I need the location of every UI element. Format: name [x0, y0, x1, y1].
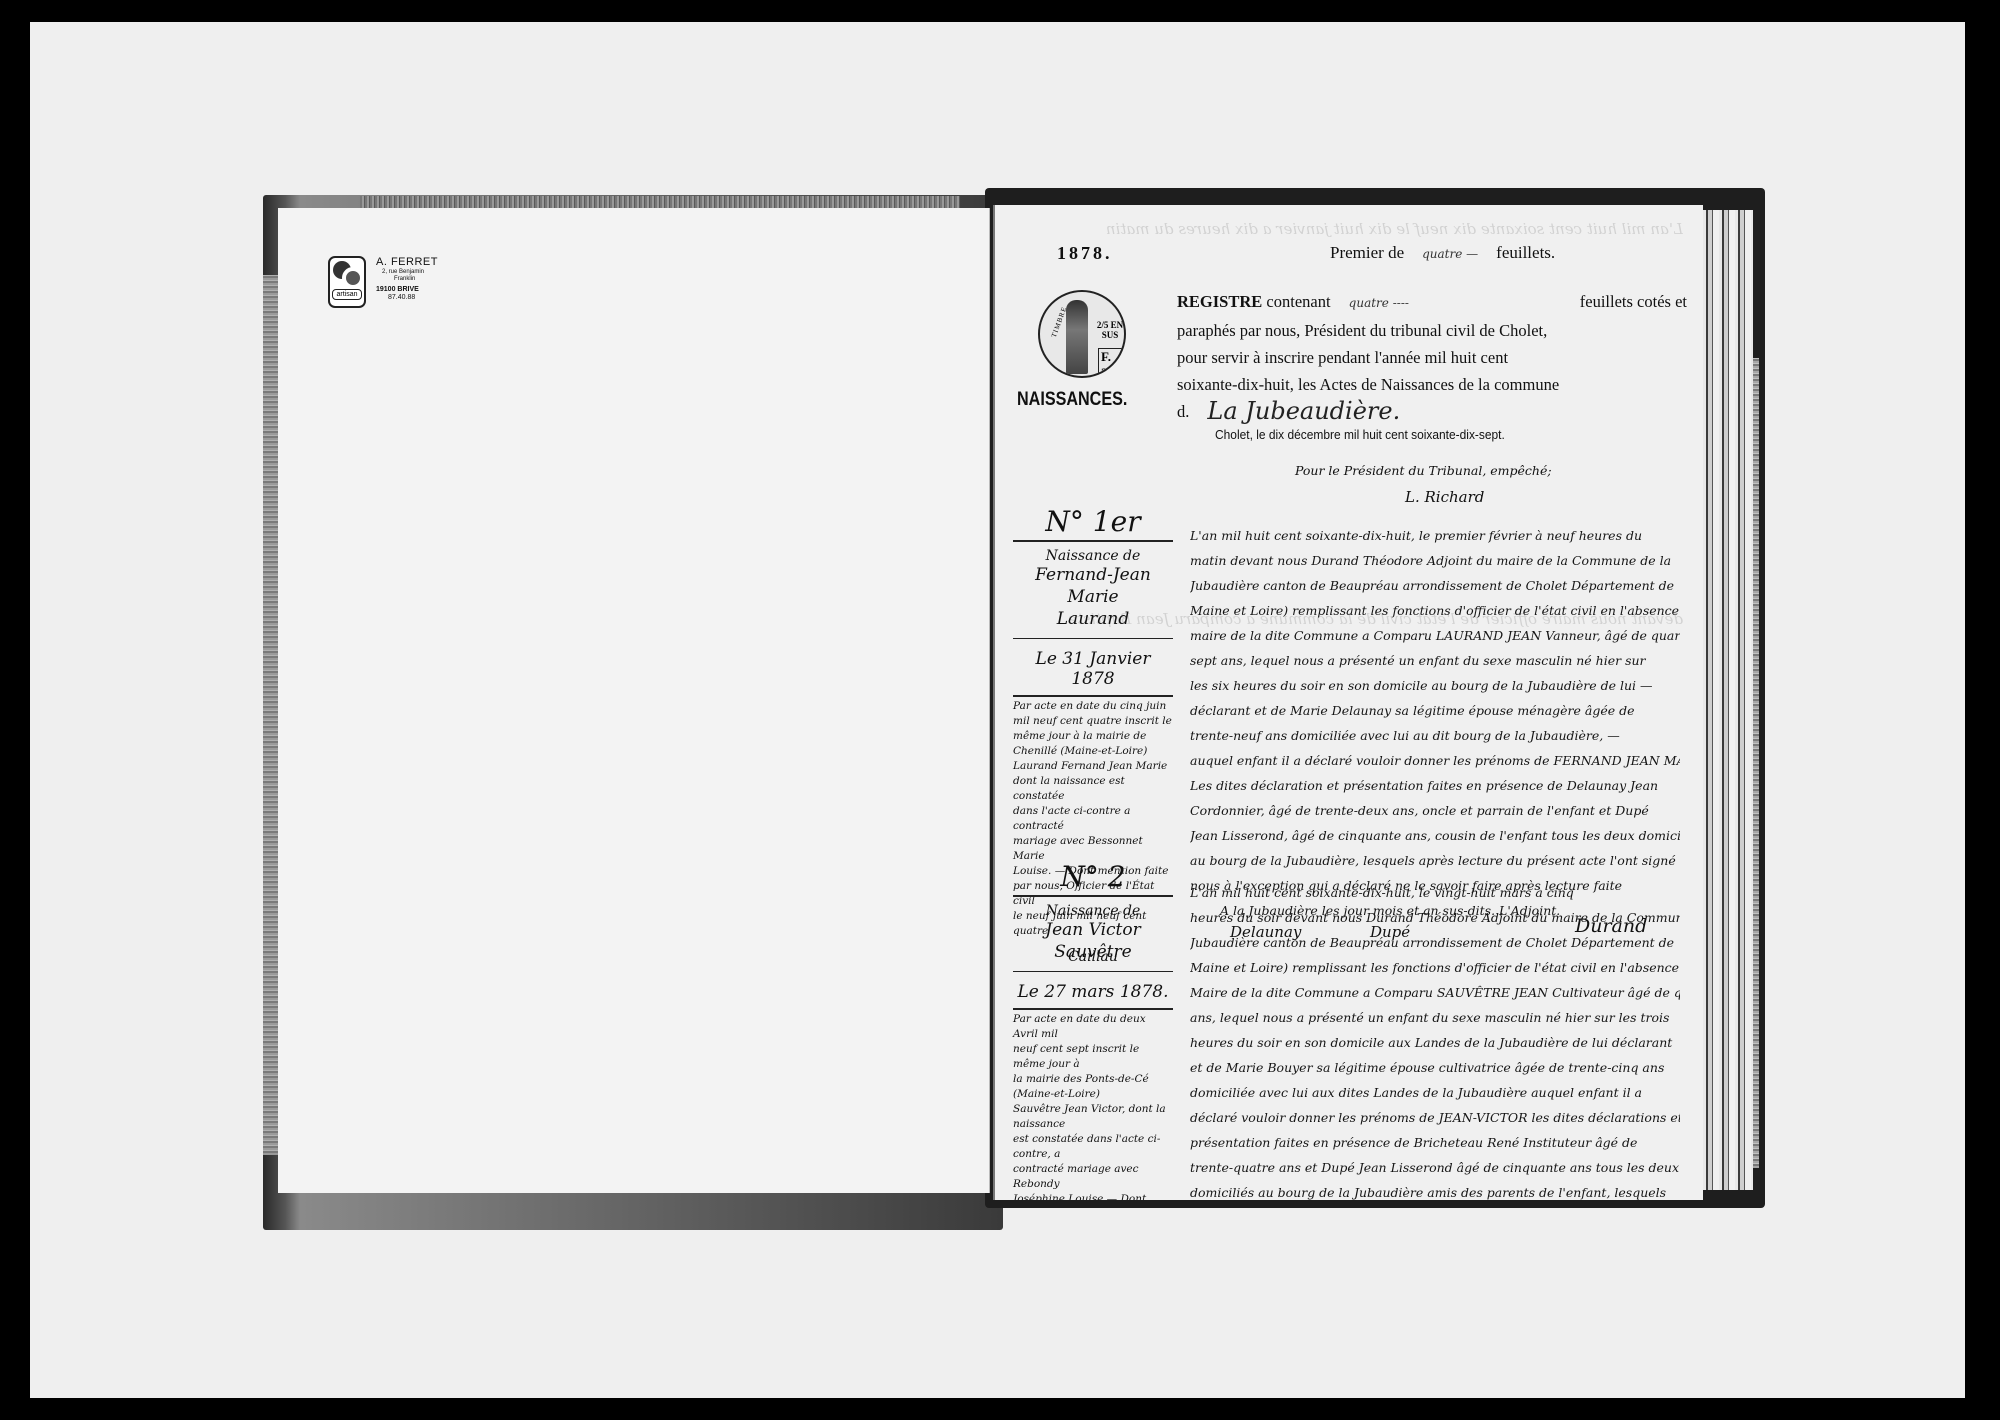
register-year: 1878. — [1057, 243, 1113, 264]
binder-address-1: 2, rue Benjamin — [376, 269, 438, 276]
commune-name: La Jubeaudière. — [1207, 398, 1400, 425]
child-name: Fernand-Jean Marie — [1013, 564, 1173, 608]
binder-phone: 87.40.88 — [376, 294, 438, 302]
marriage-annotation: Par acte en date du deux Avril mil neuf … — [1013, 1012, 1173, 1200]
birth-act-1: L'an mil huit cent soixante-dix-huit, le… — [1190, 523, 1680, 923]
president-note: Pour le Président du Tribunal, empêché; — [1295, 463, 1552, 478]
certification-date: Cholet, le dix décembre mil huit cent so… — [1215, 427, 1505, 442]
birth-act-2: L'an mil huit cent soixante-dix-huit, le… — [1190, 880, 1680, 1200]
artisan-logo-icon: artisan — [328, 256, 366, 308]
register-header: REGISTRE contenant quatre ----feuillets … — [1177, 288, 1687, 425]
page-stack-edges — [1703, 210, 1753, 1190]
sheet-count-line: Premier dequatre —feuillets. — [1330, 243, 1555, 263]
left-page-endpaper: artisan A. FERRET 2, rue Benjamin Frankl… — [278, 208, 990, 1193]
right-page-register: L'an mil huit cent soixante dix neuf le … — [993, 205, 1703, 1200]
justice-figure-icon — [1066, 300, 1088, 374]
margin-entry-2: N° 2 Naissance de Jean Victor Sauvêtre L… — [1013, 860, 1173, 1200]
birth-date: Le 31 Janvier 1878 — [1013, 649, 1173, 689]
child-name: Jean Victor — [1013, 919, 1173, 941]
ink-bleed-through: L'an mil huit cent soixante dix neuf le … — [1015, 215, 1683, 243]
birth-date: Le 27 mars 1878. — [1013, 982, 1173, 1002]
binder-name: A. FERRET — [376, 256, 438, 269]
tax-stamp-seal-icon: TIMBRE 2/5 EN SUS F. 2. — [1038, 290, 1126, 378]
section-title: NAISSANCES. — [1017, 389, 1127, 411]
binder-address-2: Franklin — [376, 276, 438, 283]
binder-stamp: artisan A. FERRET 2, rue Benjamin Frankl… — [328, 256, 438, 308]
binder-city: 19100 BRIVE — [376, 286, 438, 294]
president-signature: L. Richard — [1405, 488, 1484, 506]
